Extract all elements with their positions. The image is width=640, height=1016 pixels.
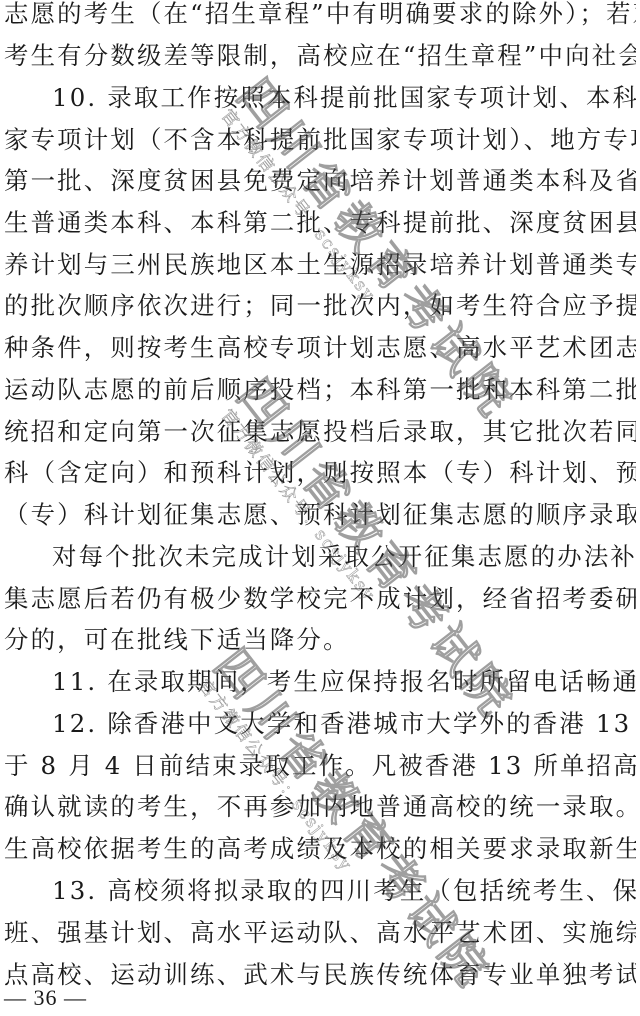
text-line: 10. 录取工作按照本科提前批国家专项计划、本科提前批、国 — [52, 80, 636, 116]
text-line: 科（含定向）和预科计划，则按照本（专）科计划、预科计划、本 — [4, 455, 636, 491]
text-line: 对每个批次未完成计划采取公开征集志愿的办法补充生源。征 — [52, 539, 636, 575]
text-line: 志愿的考生（在“招生章程”中有明确要求的除外）；若对非第一志愿 — [4, 0, 636, 32]
text-line: 于 8 月 4 日前结束录取工作。凡被香港 13 所单招高校录取并经本人 — [4, 748, 636, 784]
text-line: 家专项计划（不含本科提前批国家专项计划）、地方专项计划、本科 — [4, 122, 636, 158]
text-line: （专）科计划征集志愿、预科计划征集志愿的顺序录取。 — [4, 497, 636, 533]
text-line: 生普通类本科、本科第二批、专科提前批、深度贫困县免费定向培 — [4, 205, 636, 241]
text-line: 运动队志愿的前后顺序投档；本科第一批和本科第二批预科在该批 — [4, 372, 636, 408]
text-line: 确认就读的考生，不再参加内地普通高校的统一录取。澳门 6 所招 — [4, 789, 636, 825]
text-line: 12. 除香港中文大学和香港城市大学外的香港 13 所单招高校应 — [52, 706, 636, 742]
text-line: 集志愿后若仍有极少数学校完不成计划，经省招考委研究，确须降 — [4, 581, 636, 617]
text-line: 点高校、运动训练、武术与民族传统体育专业单独考试招生、特殊 — [4, 957, 636, 993]
text-line: 分的，可在批线下适当降分。 — [4, 622, 636, 658]
document-page: 志愿的考生（在“招生章程”中有明确要求的除外）；若对非第一志愿 考生有分数级差等… — [0, 0, 640, 1016]
text-line: 考生有分数级差等限制，高校应在“招生章程”中向社会和考生公布。 — [4, 38, 636, 74]
text-line: 养计划与三州民族地区本土生源招录培养计划普通类专科、专科批 — [4, 247, 636, 283]
page-number: — 36 — — [4, 983, 87, 1013]
text-line: 13. 高校须将拟录取的四川考生（包括统考生、保送生、少年 — [52, 873, 636, 909]
text-line: 11. 在录取期间，考生应保持报名时所留电话畅通。 — [52, 664, 636, 700]
text-line: 生高校依据考生的高考成绩及本校的相关要求录取新生。 — [4, 831, 636, 867]
text-line: 班、强基计划、高水平运动队、高水平艺术团、实施综合考核的试 — [4, 915, 636, 951]
text-line: 第一批、深度贫困县免费定向培养计划普通类本科及省级公费师范 — [4, 163, 636, 199]
text-line: 种条件，则按考生高校专项计划志愿、高水平艺术团志愿和高水平 — [4, 330, 636, 366]
text-line: 的批次顺序依次进行；同一批次内，如考生符合应予提前投档的多 — [4, 288, 636, 324]
text-line: 统招和定向第一次征集志愿投档后录取，其它批次若同时有本（专） — [4, 414, 636, 450]
